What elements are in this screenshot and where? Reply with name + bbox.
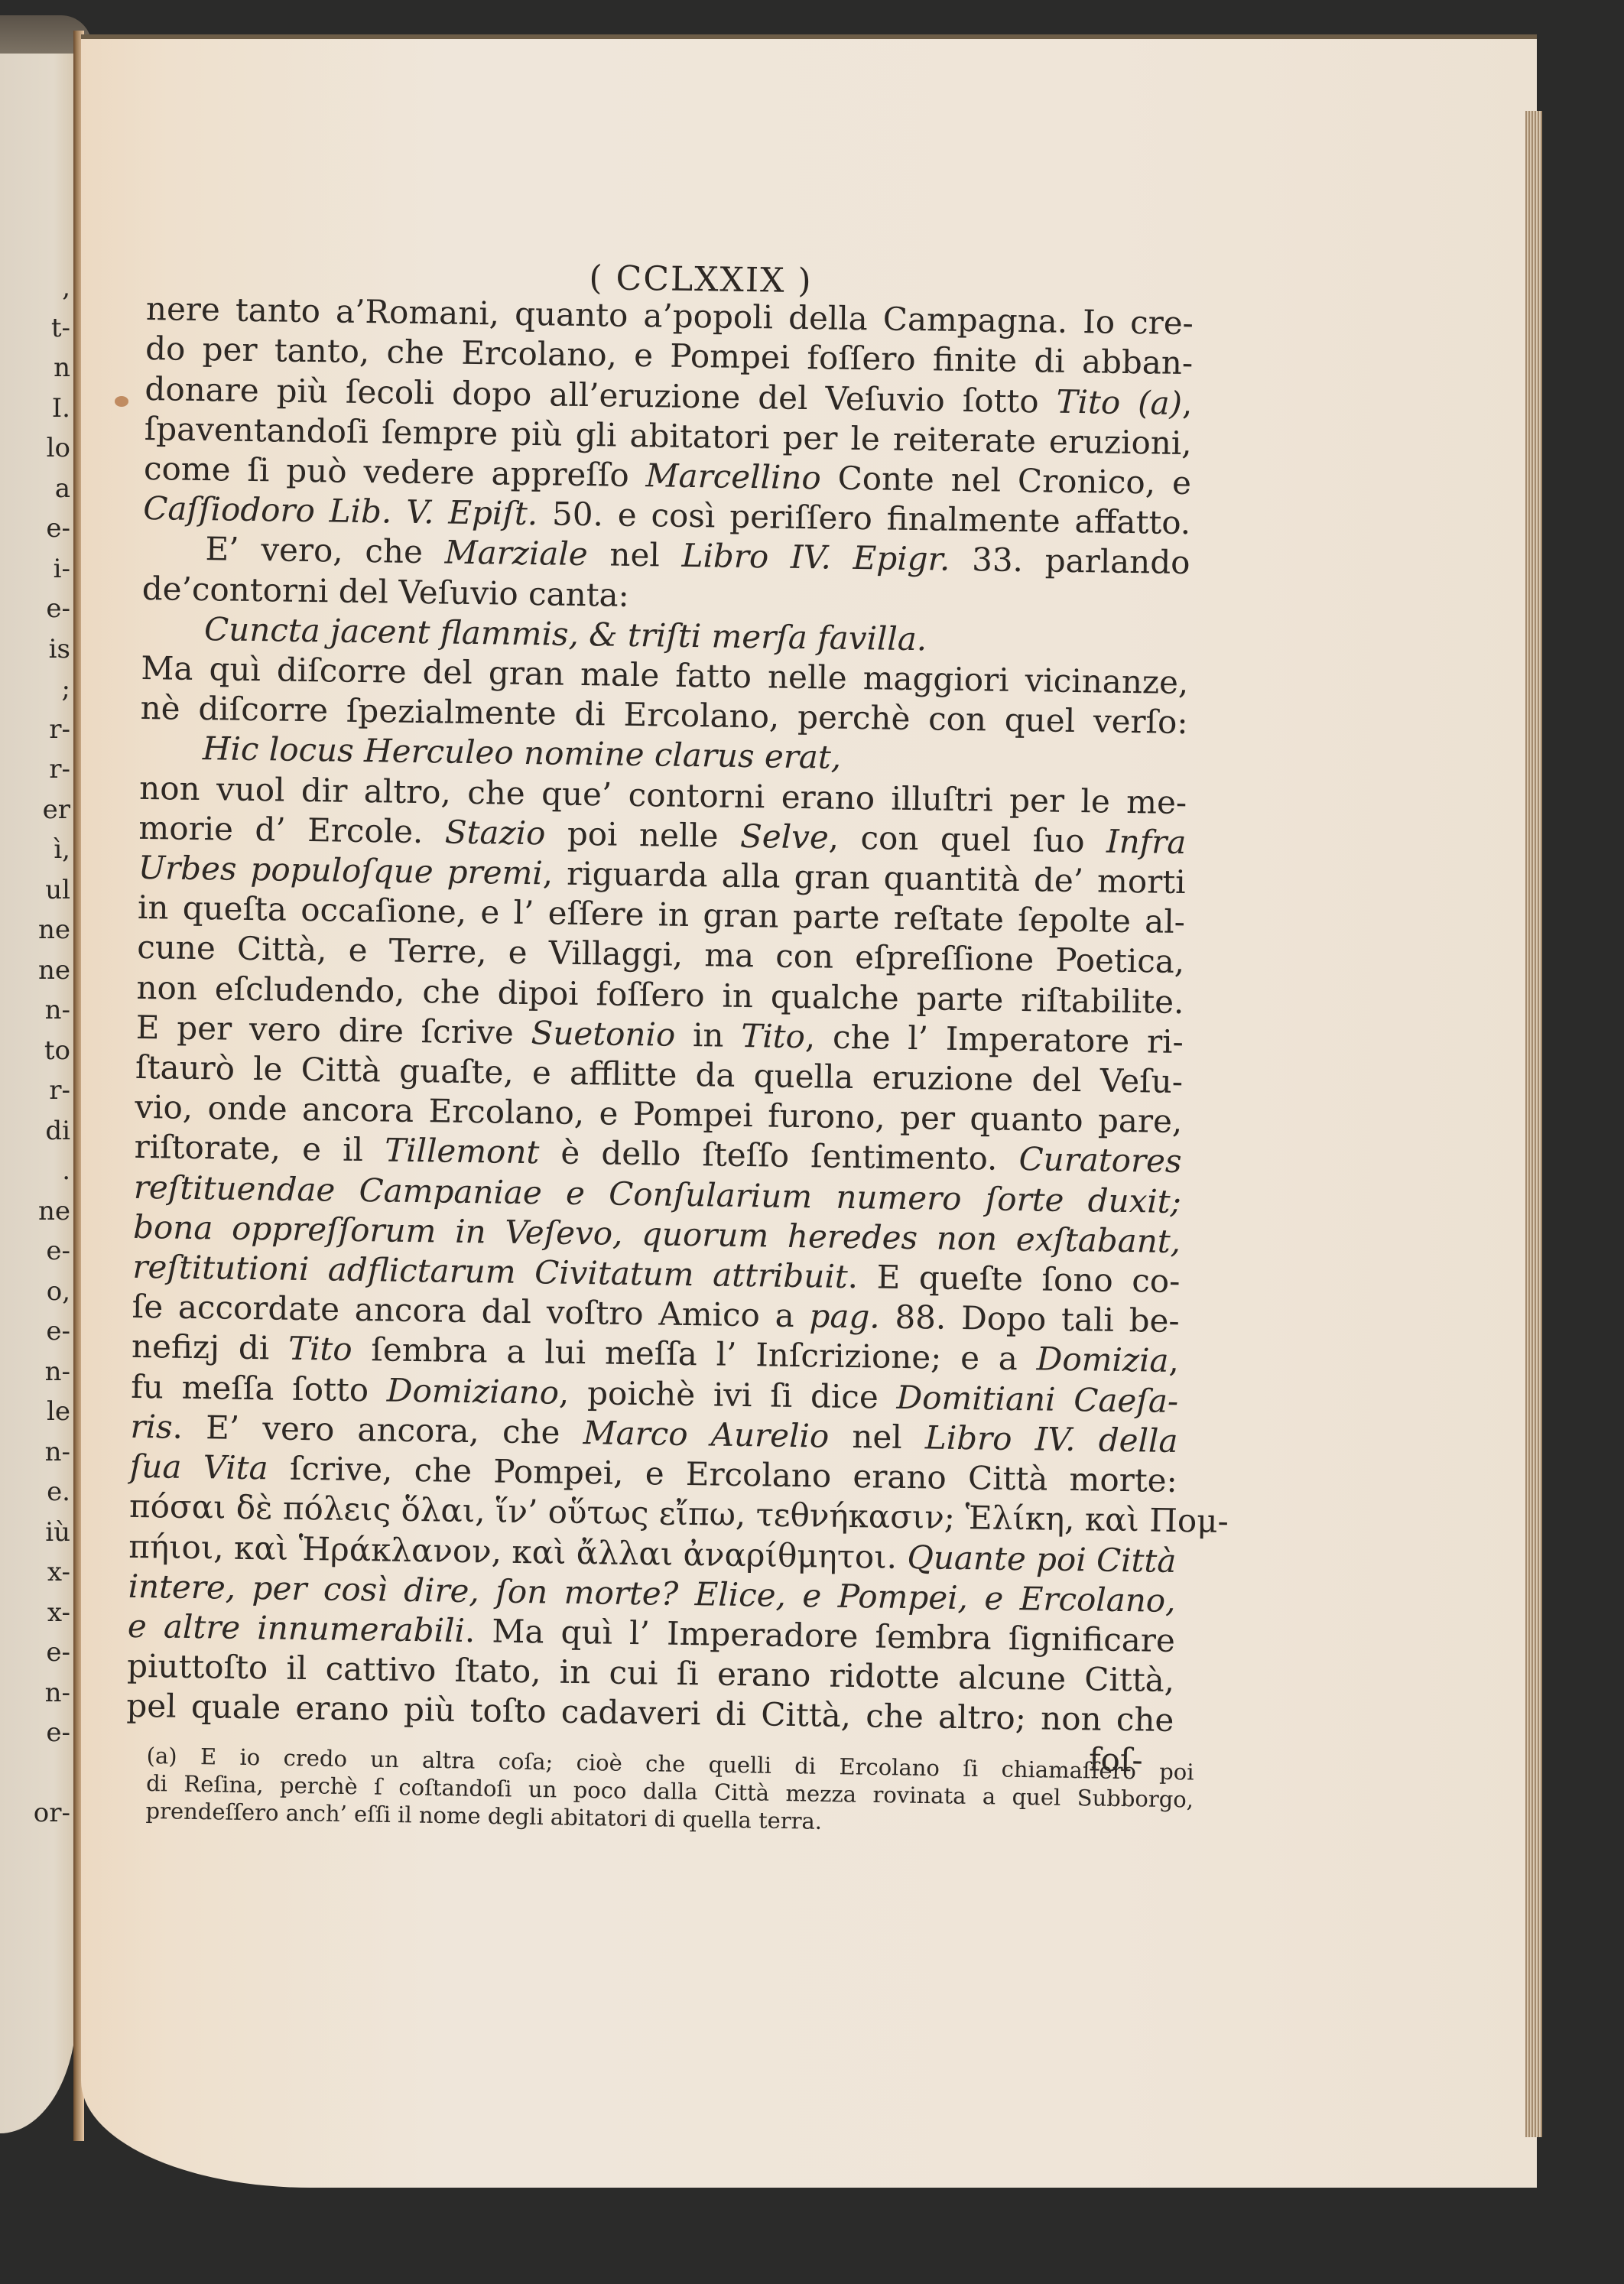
italic-text: Quante poi Città xyxy=(907,1538,1177,1580)
left-page-fragment: er xyxy=(2,790,70,830)
italic-text: Curatores xyxy=(1018,1141,1182,1181)
roman-text: morie d’ Ercole. xyxy=(138,809,445,851)
left-page-fragment: n- xyxy=(2,990,70,1031)
roman-text: nel xyxy=(587,536,682,575)
left-page-fragment: is xyxy=(2,629,70,670)
footnote: (a) E io credo un altra coſa; cioè che q… xyxy=(145,1742,1194,1841)
left-page-fragment: di xyxy=(2,1111,70,1152)
roman-text: , riguarda alla gran quantità de’ morti xyxy=(542,854,1186,901)
left-page-fragment xyxy=(2,1753,70,1794)
left-page-fragment: ul xyxy=(2,870,70,911)
left-page-fragment: x- xyxy=(2,1552,70,1593)
left-page-fragment: n- xyxy=(2,1352,70,1392)
left-page-fragment: a xyxy=(2,469,70,509)
left-page-fragment: lo xyxy=(2,428,70,469)
roman-text: , xyxy=(1168,1342,1179,1379)
italic-text: Suetonio xyxy=(531,1014,675,1054)
italic-text: e altre innumerabili xyxy=(128,1607,466,1649)
left-page-fragment: e- xyxy=(2,1713,70,1753)
left-page-fragment: to xyxy=(2,1031,70,1071)
italic-text: Caſſiodoro Lib. V. Epiſt. xyxy=(143,489,538,532)
page-stack-edge xyxy=(1525,111,1542,2137)
roman-text: ſembra a lui meſſa l’ Inſcrizione; e a xyxy=(352,1330,1037,1377)
left-page-fragment: ne xyxy=(2,1191,70,1232)
roman-text: 88. Dopo tali be- xyxy=(879,1298,1180,1340)
left-page-fragment: x- xyxy=(2,1593,70,1633)
italic-text: Tito xyxy=(288,1330,352,1368)
left-page-fragment: o, xyxy=(2,1272,70,1312)
left-page-fragment: r- xyxy=(2,710,70,750)
left-page-fragment: ì, xyxy=(2,830,70,870)
left-page-fragment: I. xyxy=(2,388,70,429)
roman-text: Hic locus Herculeo nomine clarus erat, xyxy=(203,730,842,777)
roman-text: E per vero dire ſcrive xyxy=(136,1009,531,1051)
italic-text: Domiziano xyxy=(387,1371,560,1411)
roman-text: è dello ſteſſo ſentimento. xyxy=(539,1134,1019,1178)
left-page-fragment: ne xyxy=(2,950,70,991)
left-page-fragment: e- xyxy=(2,1231,70,1272)
roman-text: , che l’ Imperatore ri- xyxy=(805,1018,1184,1061)
left-page-text-fragments: ,t-nI.loae-i-e-is;r-r-erì,ulnenen-tor-di… xyxy=(2,268,70,1834)
italic-text: Libro IV. Epigr. xyxy=(681,537,950,578)
italic-text: Marcellino xyxy=(645,456,821,496)
italic-text: ſua Vita xyxy=(129,1447,268,1487)
left-page-fragment: e- xyxy=(2,1633,70,1673)
roman-text: riſtorate, e il xyxy=(134,1128,385,1169)
left-page-fragment: r- xyxy=(2,1071,70,1111)
left-page-fragment: e. xyxy=(2,1472,70,1512)
left-page-fragment: e- xyxy=(2,508,70,549)
italic-text: Stazio xyxy=(445,813,546,852)
italic-text: Tillemont xyxy=(385,1132,540,1171)
left-page-fragment: or- xyxy=(2,1793,70,1834)
italic-text: Marziale xyxy=(444,534,588,573)
left-page-fragment: iù xyxy=(2,1512,70,1553)
left-page-fragment: ne xyxy=(2,910,70,950)
left-page-fragment: n- xyxy=(2,1432,70,1473)
left-page-fragment: e- xyxy=(2,1311,70,1352)
left-page-fragment: le xyxy=(2,1392,70,1432)
roman-text: nefizj di xyxy=(132,1327,289,1367)
roman-text: 50. e così periſſero finalmente affatto. xyxy=(538,495,1191,541)
foxing-stain xyxy=(115,396,128,407)
roman-text: , poichè ivi ſi dice xyxy=(559,1373,897,1415)
italic-text: Domizia xyxy=(1036,1340,1168,1379)
left-page-fragment: r- xyxy=(2,749,70,790)
roman-text: , con quel ſuo xyxy=(828,818,1106,859)
left-page-fragment: n- xyxy=(2,1673,70,1714)
roman-text: nel xyxy=(829,1418,925,1457)
roman-text: E’ vero, che xyxy=(205,531,445,571)
roman-text: Conte nel Cronico, e xyxy=(820,459,1191,502)
roman-text: , xyxy=(1182,385,1193,422)
left-page-fragment: . xyxy=(2,1151,70,1191)
left-page-fragment: t- xyxy=(2,308,70,349)
left-page-fragment: i- xyxy=(2,549,70,590)
left-page-fragment: n xyxy=(2,348,70,388)
italic-text: Urbes populoſque premi xyxy=(138,849,543,892)
italic-text: Selve xyxy=(740,817,829,856)
roman-text: . E’ vero ancora, che xyxy=(172,1408,583,1451)
roman-text: poi nelle xyxy=(545,814,740,855)
italic-text: ris xyxy=(130,1408,173,1446)
italic-text: Tito (a) xyxy=(1056,382,1182,421)
italic-text: Domitiani Caeſa- xyxy=(896,1379,1178,1420)
roman-text: come ſi può vedere appreſſo xyxy=(144,450,646,494)
roman-text: fu meſſa ſotto xyxy=(131,1368,387,1409)
left-page-fragment: , xyxy=(2,268,70,308)
roman-text: . E queſte ſono co- xyxy=(847,1258,1180,1300)
italic-text: Libro IV. della xyxy=(925,1418,1178,1460)
roman-text: 33. parlando xyxy=(950,541,1190,581)
roman-text: de’contorni del Veſuvio canta: xyxy=(142,570,630,614)
italic-text: Tito xyxy=(741,1017,805,1055)
body-paragraphs: nere tanto a’Romani, quanto a’popoli del… xyxy=(126,289,1194,1740)
left-page-fragment: ; xyxy=(2,669,70,710)
italic-text: pag. xyxy=(809,1298,880,1336)
italic-text: Infra xyxy=(1106,822,1187,860)
main-text: ( CCLXXIX ) nere tanto a’Romani, quanto … xyxy=(125,252,1194,1781)
roman-text: in xyxy=(675,1016,742,1054)
italic-text: Marco Aurelio xyxy=(583,1414,829,1454)
left-page-fragment: e- xyxy=(2,589,70,629)
